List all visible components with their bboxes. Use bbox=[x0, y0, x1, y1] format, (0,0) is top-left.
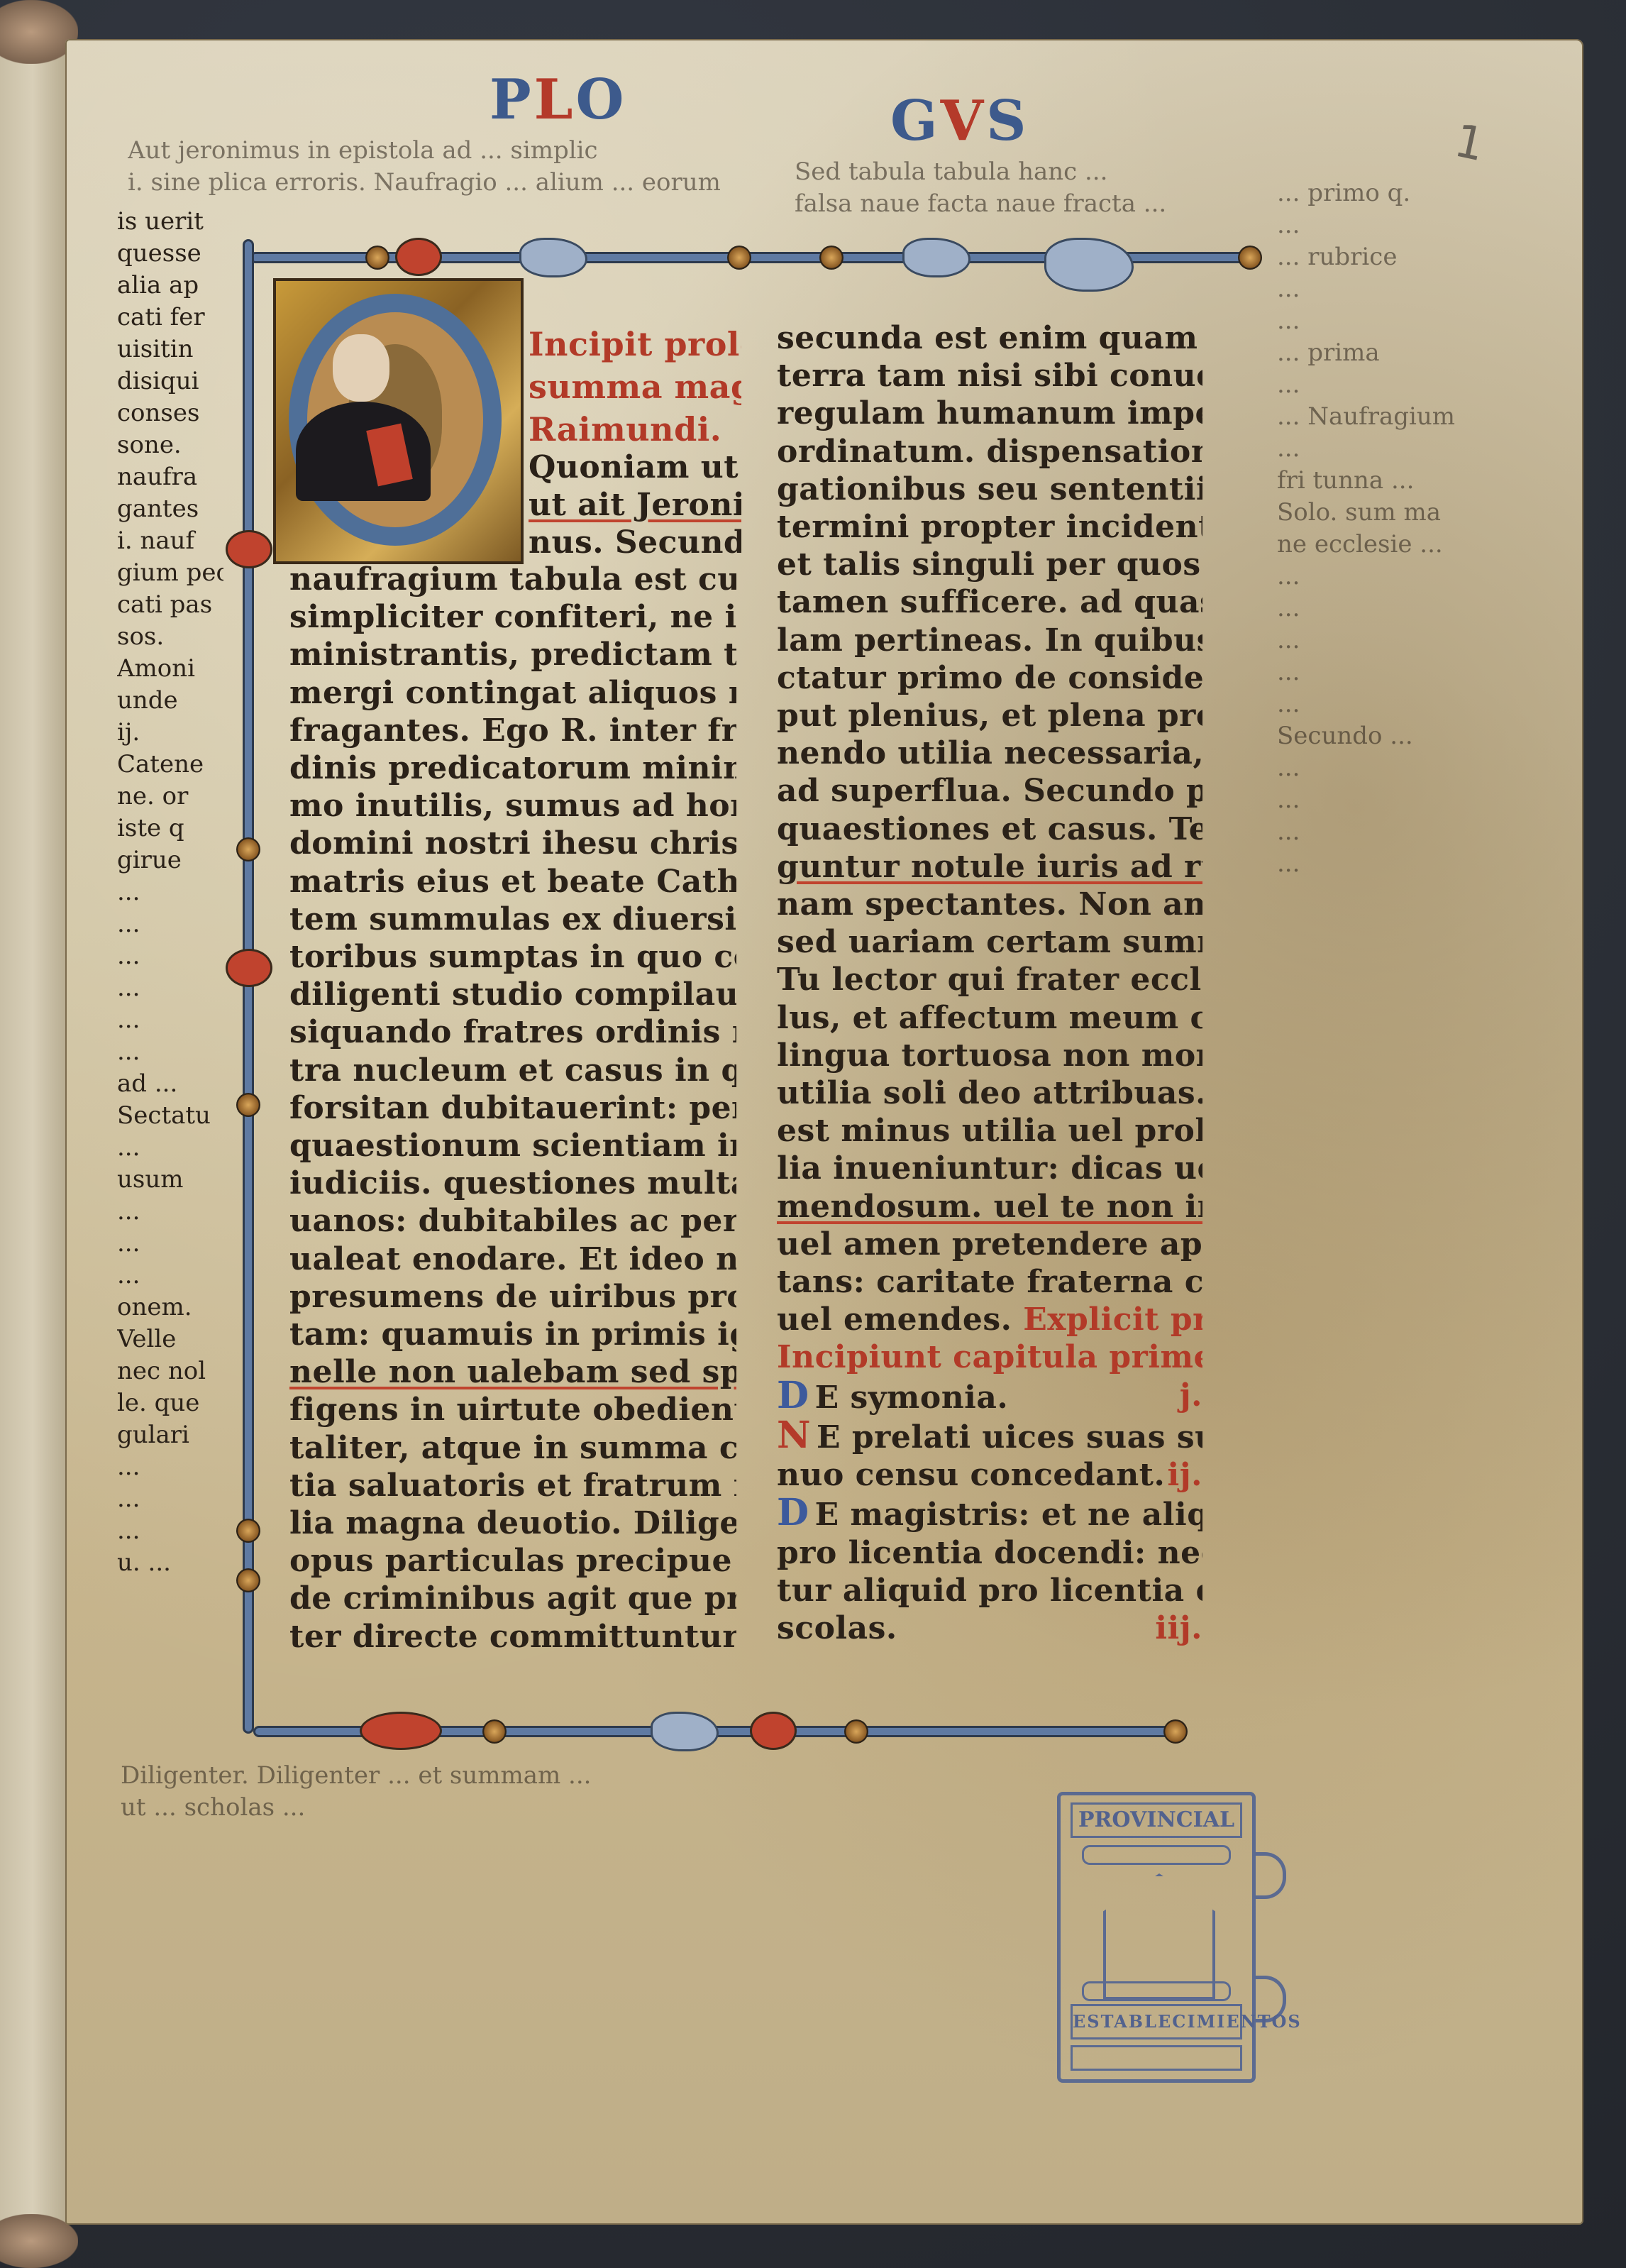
text-line: tans: caritate fraterna corrigas bbox=[777, 1263, 1202, 1301]
running-head-letter: G bbox=[890, 89, 941, 153]
gloss-line: ... bbox=[117, 1132, 223, 1164]
text-line: uel emendes. Explicit prologus. bbox=[777, 1301, 1202, 1338]
gloss-line: i. sine plica erroris. Naufragio ... ali… bbox=[128, 167, 738, 199]
rubric-line: Incipit prologus in bbox=[529, 323, 741, 365]
text-line: ad superflua. Secundo ponitur dubie bbox=[777, 772, 1202, 810]
text-line: diligenti studio compilaui. ut bbox=[289, 976, 736, 1013]
gloss-line: gantes bbox=[117, 493, 223, 525]
gloss-line: ... Naufragium bbox=[1277, 401, 1469, 433]
text-line: quaestiones et casus. Tertio subiun bbox=[777, 810, 1202, 848]
gloss-line: iste q bbox=[117, 813, 223, 844]
gloss-line: ... bbox=[117, 1196, 223, 1228]
top-gloss-left: Aut jeronimus in epistola ad ... simplic… bbox=[128, 135, 738, 199]
text-line: nam spectantes. Non ambiguum bbox=[777, 886, 1202, 923]
gloss-line: unde bbox=[117, 685, 223, 717]
text-line: mendosum. uel te non intelligere. bbox=[777, 1188, 1202, 1226]
text-line: matris eius et beate Catherine: presen bbox=[289, 863, 736, 901]
text-line: quaestionum scientiam in consiliis quam … bbox=[289, 1127, 736, 1165]
gloss-line: ... prima bbox=[1277, 337, 1469, 369]
text-line: figens in uirtute obedientie to bbox=[289, 1391, 736, 1428]
gloss-line: u. ... bbox=[117, 1547, 223, 1579]
gold-boss-ornament bbox=[482, 1719, 507, 1744]
chapter-entry: NE prelati uices suas subman bbox=[777, 1416, 1202, 1456]
rubric-line: Raimundi. bbox=[529, 408, 741, 451]
chapter-title: E magistris: et ne aliquid exigatur bbox=[815, 1497, 1202, 1533]
running-head-right: GVS bbox=[890, 89, 1029, 153]
stamp-scroll-bar bbox=[1082, 1845, 1231, 1865]
gloss-line: sone. bbox=[117, 429, 223, 461]
chapter-entry-continued: tur aliquid pro licentia eundi ad bbox=[777, 1572, 1202, 1609]
chapter-title: nuo censu concedant. bbox=[777, 1457, 1165, 1493]
gloss-line: ... bbox=[1277, 273, 1469, 305]
decorative-border-bottom bbox=[255, 1721, 1185, 1742]
stamp-footer bbox=[1071, 2045, 1242, 2071]
text-line: et talis singuli per quos primo bbox=[777, 546, 1202, 583]
text-line: Tu lector qui frater ecclesia beniuo bbox=[777, 961, 1202, 998]
gloss-line: ... bbox=[1277, 784, 1469, 816]
running-head-letter: V bbox=[941, 89, 987, 153]
chapter-number: iij. bbox=[1155, 1609, 1202, 1647]
gold-boss-ornament bbox=[365, 246, 389, 270]
gloss-line: alia ap bbox=[117, 270, 223, 302]
gloss-line: Sectatu bbox=[117, 1100, 223, 1132]
gloss-line: ... bbox=[117, 908, 223, 940]
gloss-line: ... bbox=[1277, 209, 1469, 241]
text-line: ter directe committuntur in deum bbox=[289, 1618, 736, 1656]
running-head-letter: O bbox=[576, 67, 627, 132]
text-line: tia saluatoris et fratrum mearum bbox=[289, 1467, 736, 1504]
gloss-line: ... primo q. bbox=[1277, 177, 1469, 209]
acanthus-leaf-ornament bbox=[653, 1714, 717, 1749]
gloss-line: Velle bbox=[117, 1323, 223, 1355]
gloss-line: i. nauf bbox=[117, 525, 223, 557]
gloss-line: ... bbox=[1277, 656, 1469, 688]
text-line: regulam humanum impedientes bbox=[777, 395, 1202, 432]
gloss-line: ... bbox=[117, 1228, 223, 1260]
gloss-line: ne ecclesie ... bbox=[1277, 529, 1469, 561]
running-head-letter: S bbox=[986, 89, 1029, 153]
gloss-line: ut ... scholas ... bbox=[121, 1792, 759, 1824]
gloss-line: ad ... bbox=[117, 1068, 223, 1100]
chapter-initial: N bbox=[777, 1416, 811, 1456]
left-column-text: naufragium tabula est culpa simpliciter … bbox=[289, 561, 736, 1656]
text-line: naufragium tabula est culpa bbox=[289, 561, 736, 598]
text-line: domini nostri ihesu christi: et gloriose… bbox=[289, 825, 736, 862]
text-line: Quoniam ut ait bbox=[529, 448, 741, 486]
gloss-line: is uerit bbox=[117, 206, 223, 238]
gloss-line: Diligenter. Diligenter ... et summam ... bbox=[121, 1760, 759, 1792]
gold-boss-ornament bbox=[1163, 1719, 1188, 1744]
decorative-border-top bbox=[252, 247, 1259, 268]
previous-leaf-edge bbox=[0, 50, 67, 2235]
gloss-line: naufra bbox=[117, 461, 223, 493]
fleur-ornament bbox=[1046, 240, 1132, 290]
gloss-line: cati pas bbox=[117, 589, 223, 621]
running-head-letter: L bbox=[534, 67, 576, 132]
text-line: terra tam nisi sibi conuenit per bbox=[777, 357, 1202, 395]
gloss-line: ... bbox=[1277, 561, 1469, 593]
stamp-scroll-bar bbox=[1082, 1981, 1231, 2001]
gloss-line: ... bbox=[1277, 624, 1469, 656]
folio-number: 1 bbox=[1450, 115, 1489, 172]
gloss-line: cati fer bbox=[117, 302, 223, 334]
gloss-line: ... bbox=[1277, 305, 1469, 337]
gloss-line: ... bbox=[117, 1515, 223, 1547]
text-line: lam pertineas. In quibus subtra bbox=[777, 622, 1202, 659]
gloss-line: ij. bbox=[117, 717, 223, 749]
text-line: presumens de uiribus propriis acceptare bbox=[289, 1278, 736, 1316]
gloss-line: onem. bbox=[117, 1292, 223, 1323]
text-line: de criminibus agit que principali bbox=[289, 1580, 736, 1617]
gloss-line: gulari bbox=[117, 1419, 223, 1451]
text-line: tra nucleum et casus in quibus uel bbox=[289, 1052, 736, 1089]
text-fragment: uel emendes. bbox=[777, 1301, 1012, 1338]
text-line: iudiciis. questiones multas et casus i bbox=[289, 1165, 736, 1202]
chapter-number: j. bbox=[1180, 1377, 1202, 1414]
gold-boss-ornament bbox=[844, 1719, 868, 1744]
chapter-initial: D bbox=[777, 1494, 809, 1534]
red-leaf-ornament bbox=[362, 1714, 440, 1748]
bottom-gloss: Diligenter. Diligenter ... et summam ...… bbox=[121, 1760, 759, 1824]
acanthus-leaf-ornament bbox=[521, 240, 585, 275]
text-line: ualeat enodare. Et ideo nec non bbox=[289, 1240, 736, 1278]
stamp-top-label: PROVINCIAL bbox=[1071, 1802, 1242, 1838]
text-line: tamen sufficere. ad quas particu bbox=[777, 583, 1202, 621]
text-line: ctatur primo de consideratione talis bbox=[777, 659, 1202, 697]
gold-boss-ornament bbox=[236, 837, 260, 861]
top-gloss-right: Sed tabula tabula hanc ... falsa naue fa… bbox=[795, 156, 1234, 220]
text-line: lus, et affectum meum considerans. bbox=[777, 999, 1202, 1037]
stamp-bottom-label: ESTABLECIMIENTOS bbox=[1071, 2004, 1242, 2039]
text-line: est minus utilia uel prolixa inuti bbox=[777, 1112, 1202, 1150]
gloss-line: sos. bbox=[117, 621, 223, 653]
red-medallion-ornament bbox=[397, 240, 440, 274]
text-line: ordinatum. dispensationibus pur bbox=[777, 433, 1202, 470]
text-line: sed uariam certam summam continentes. bbox=[777, 923, 1202, 961]
text-line: utilia soli deo attribuas. Et siqua bbox=[777, 1074, 1202, 1112]
gloss-line: ... bbox=[1277, 433, 1469, 465]
text-line: nus. Secunda post bbox=[529, 524, 741, 561]
text-line: taliter, atque in summa cle mente bbox=[289, 1429, 736, 1467]
gloss-line: gium pec bbox=[117, 557, 223, 589]
text-line: put plenius, et plena precipue pro bbox=[777, 697, 1202, 734]
gold-boss-ornament bbox=[1238, 246, 1262, 270]
text-line: nelle non ualebam sed spes bbox=[289, 1353, 736, 1391]
left-column-upper: Quoniam ut ait ut ait Jeronimus nus. Sec… bbox=[529, 448, 741, 562]
chapter-title: E symonia. bbox=[815, 1380, 1009, 1416]
incipit-rubric: Incipiunt capitula prime partis. bbox=[777, 1338, 1202, 1376]
text-line: nendo utilia necessaria, mutata bbox=[777, 734, 1202, 772]
text-line: toribus sumptas in quo continetis. bbox=[289, 938, 736, 976]
text-line: siquando fratres ordinis nostri uel alii bbox=[289, 1013, 736, 1051]
chapter-title: E prelati uices suas subman bbox=[817, 1419, 1202, 1455]
gloss-line: Sed tabula tabula hanc ... bbox=[795, 156, 1234, 188]
gloss-line: le. que bbox=[117, 1387, 223, 1419]
text-line: lia inueniuntur: dicas uel librum bbox=[777, 1150, 1202, 1187]
historiated-initial bbox=[273, 278, 524, 564]
text-line: simpliciter confiteri, ne impericia bbox=[289, 598, 736, 636]
gloss-line: Catene bbox=[117, 749, 223, 781]
gloss-line: ... bbox=[1277, 688, 1469, 720]
gloss-line: Amoni bbox=[117, 653, 223, 685]
text-line: opus particulas precipue prima bbox=[289, 1542, 736, 1580]
gold-boss-ornament bbox=[236, 1093, 260, 1117]
gloss-line: conses bbox=[117, 397, 223, 429]
left-margin-gloss: is ueritquessealia apcati feruisitindisi… bbox=[117, 206, 223, 1579]
gloss-line: ... bbox=[117, 1036, 223, 1068]
gloss-line: usum bbox=[117, 1164, 223, 1196]
chapter-title: scolas. bbox=[777, 1610, 897, 1646]
gloss-line: ... bbox=[117, 1451, 223, 1483]
gloss-line: Secundo ... bbox=[1277, 720, 1469, 752]
acanthus-leaf-ornament bbox=[905, 240, 968, 275]
text-line: mo inutilis, sumus ad honorem bbox=[289, 787, 736, 825]
gloss-line: disiqui bbox=[117, 365, 223, 397]
text-line: lia magna deuotio. Diligenter bbox=[289, 1504, 736, 1542]
text-line: ut ait Jeronimus bbox=[529, 486, 741, 524]
gloss-line: fri tunna ... bbox=[1277, 465, 1469, 497]
text-line: tem summulas ex diuersis au bbox=[289, 901, 736, 938]
gloss-line: ... bbox=[1277, 848, 1469, 880]
chapter-number: ij. bbox=[1168, 1456, 1202, 1494]
text-line: mergi contingat aliquos nau bbox=[289, 674, 736, 712]
gold-boss-ornament bbox=[236, 1568, 260, 1592]
library-ownership-stamp: PROVINCIAL ESTABLECIMIENTOS bbox=[1057, 1792, 1256, 2083]
gloss-line: Aut jeronimus in epistola ad ... simplic bbox=[128, 135, 738, 167]
gloss-line: girue bbox=[117, 844, 223, 876]
red-leaf-ornament bbox=[752, 1714, 795, 1748]
gloss-line: ne. or bbox=[117, 781, 223, 813]
text-line: fragantes. Ego R. inter fratres or bbox=[289, 712, 736, 749]
gloss-line: ... bbox=[117, 1004, 223, 1036]
chapter-entry-continued: nuo censu concedant.ij. bbox=[777, 1456, 1202, 1494]
right-margin-gloss: ... primo q.... ... rubrice... ... ... p… bbox=[1277, 177, 1469, 880]
chapter-entry: DE symonia.j. bbox=[777, 1377, 1202, 1416]
text-line: gationibus seu sententiis penitentie a bbox=[777, 470, 1202, 508]
gloss-line: falsa naue facta naue fracta ... bbox=[795, 188, 1234, 220]
gloss-line: ... bbox=[117, 876, 223, 908]
gloss-line: ... bbox=[117, 1260, 223, 1292]
gold-boss-ornament bbox=[819, 246, 844, 270]
explicit-rubric: Explicit prologus. bbox=[1023, 1301, 1202, 1338]
gloss-line: ... bbox=[1277, 369, 1469, 401]
text-line: tam: quamuis in primis ignorare bbox=[289, 1316, 736, 1353]
text-line: forsitan dubitauerint: per ipsius bbox=[289, 1089, 736, 1127]
gloss-line: Solo. sum ma bbox=[1277, 497, 1469, 529]
gloss-line: uisitin bbox=[117, 334, 223, 365]
gold-boss-ornament bbox=[236, 1519, 260, 1543]
text-line: dinis predicatorum minimus: i bbox=[289, 749, 736, 787]
text-line: lingua tortuosa non mordeas, et bbox=[777, 1037, 1202, 1074]
rubric-line: summa magistri bbox=[529, 365, 741, 408]
friar-head bbox=[333, 334, 389, 402]
chapter-entry-continued: pro licentia docendi: nec exiga bbox=[777, 1534, 1202, 1572]
running-head-left: PLO bbox=[490, 67, 626, 132]
decorative-border-left bbox=[238, 241, 259, 1732]
gloss-line: ... bbox=[1277, 593, 1469, 624]
text-line: termini propter incidentia agenda bbox=[777, 508, 1202, 546]
chapter-initial: D bbox=[777, 1377, 809, 1416]
rubric-heading: Incipit prologus in summa magistri Raimu… bbox=[529, 323, 741, 451]
red-ornament bbox=[228, 532, 270, 566]
gloss-line: nec nol bbox=[117, 1355, 223, 1387]
text-line: ministrantis, predictam tabulam sub bbox=[289, 636, 736, 673]
gloss-line: quesse bbox=[117, 238, 223, 270]
gloss-line: ... bbox=[1277, 816, 1469, 848]
chapter-entry: DE magistris: et ne aliquid exigatur bbox=[777, 1494, 1202, 1534]
text-line: guntur notule iuris ad rubrice bbox=[777, 848, 1202, 886]
friar-robe bbox=[296, 402, 431, 501]
text-line: secunda est enim quam in primum in bbox=[777, 319, 1202, 357]
right-column-text: secunda est enim quam in primum in terra… bbox=[777, 319, 1202, 1647]
gloss-line: ... bbox=[117, 940, 223, 972]
gloss-line: ... bbox=[1277, 752, 1469, 784]
gloss-line: ... bbox=[117, 1483, 223, 1515]
gloss-line: ... rubrice bbox=[1277, 241, 1469, 273]
text-line: uanos: dubitabiles ac perplexos bbox=[289, 1202, 736, 1240]
chapter-entry-continued: scolas.iij. bbox=[777, 1609, 1202, 1647]
border-bar bbox=[245, 241, 252, 1732]
red-ornament bbox=[228, 951, 270, 985]
text-line: uel amen pretendere apositum infra cogi bbox=[777, 1226, 1202, 1263]
gloss-line: ... bbox=[117, 972, 223, 1004]
running-head-letter: P bbox=[490, 67, 534, 132]
gold-boss-ornament bbox=[727, 246, 751, 270]
